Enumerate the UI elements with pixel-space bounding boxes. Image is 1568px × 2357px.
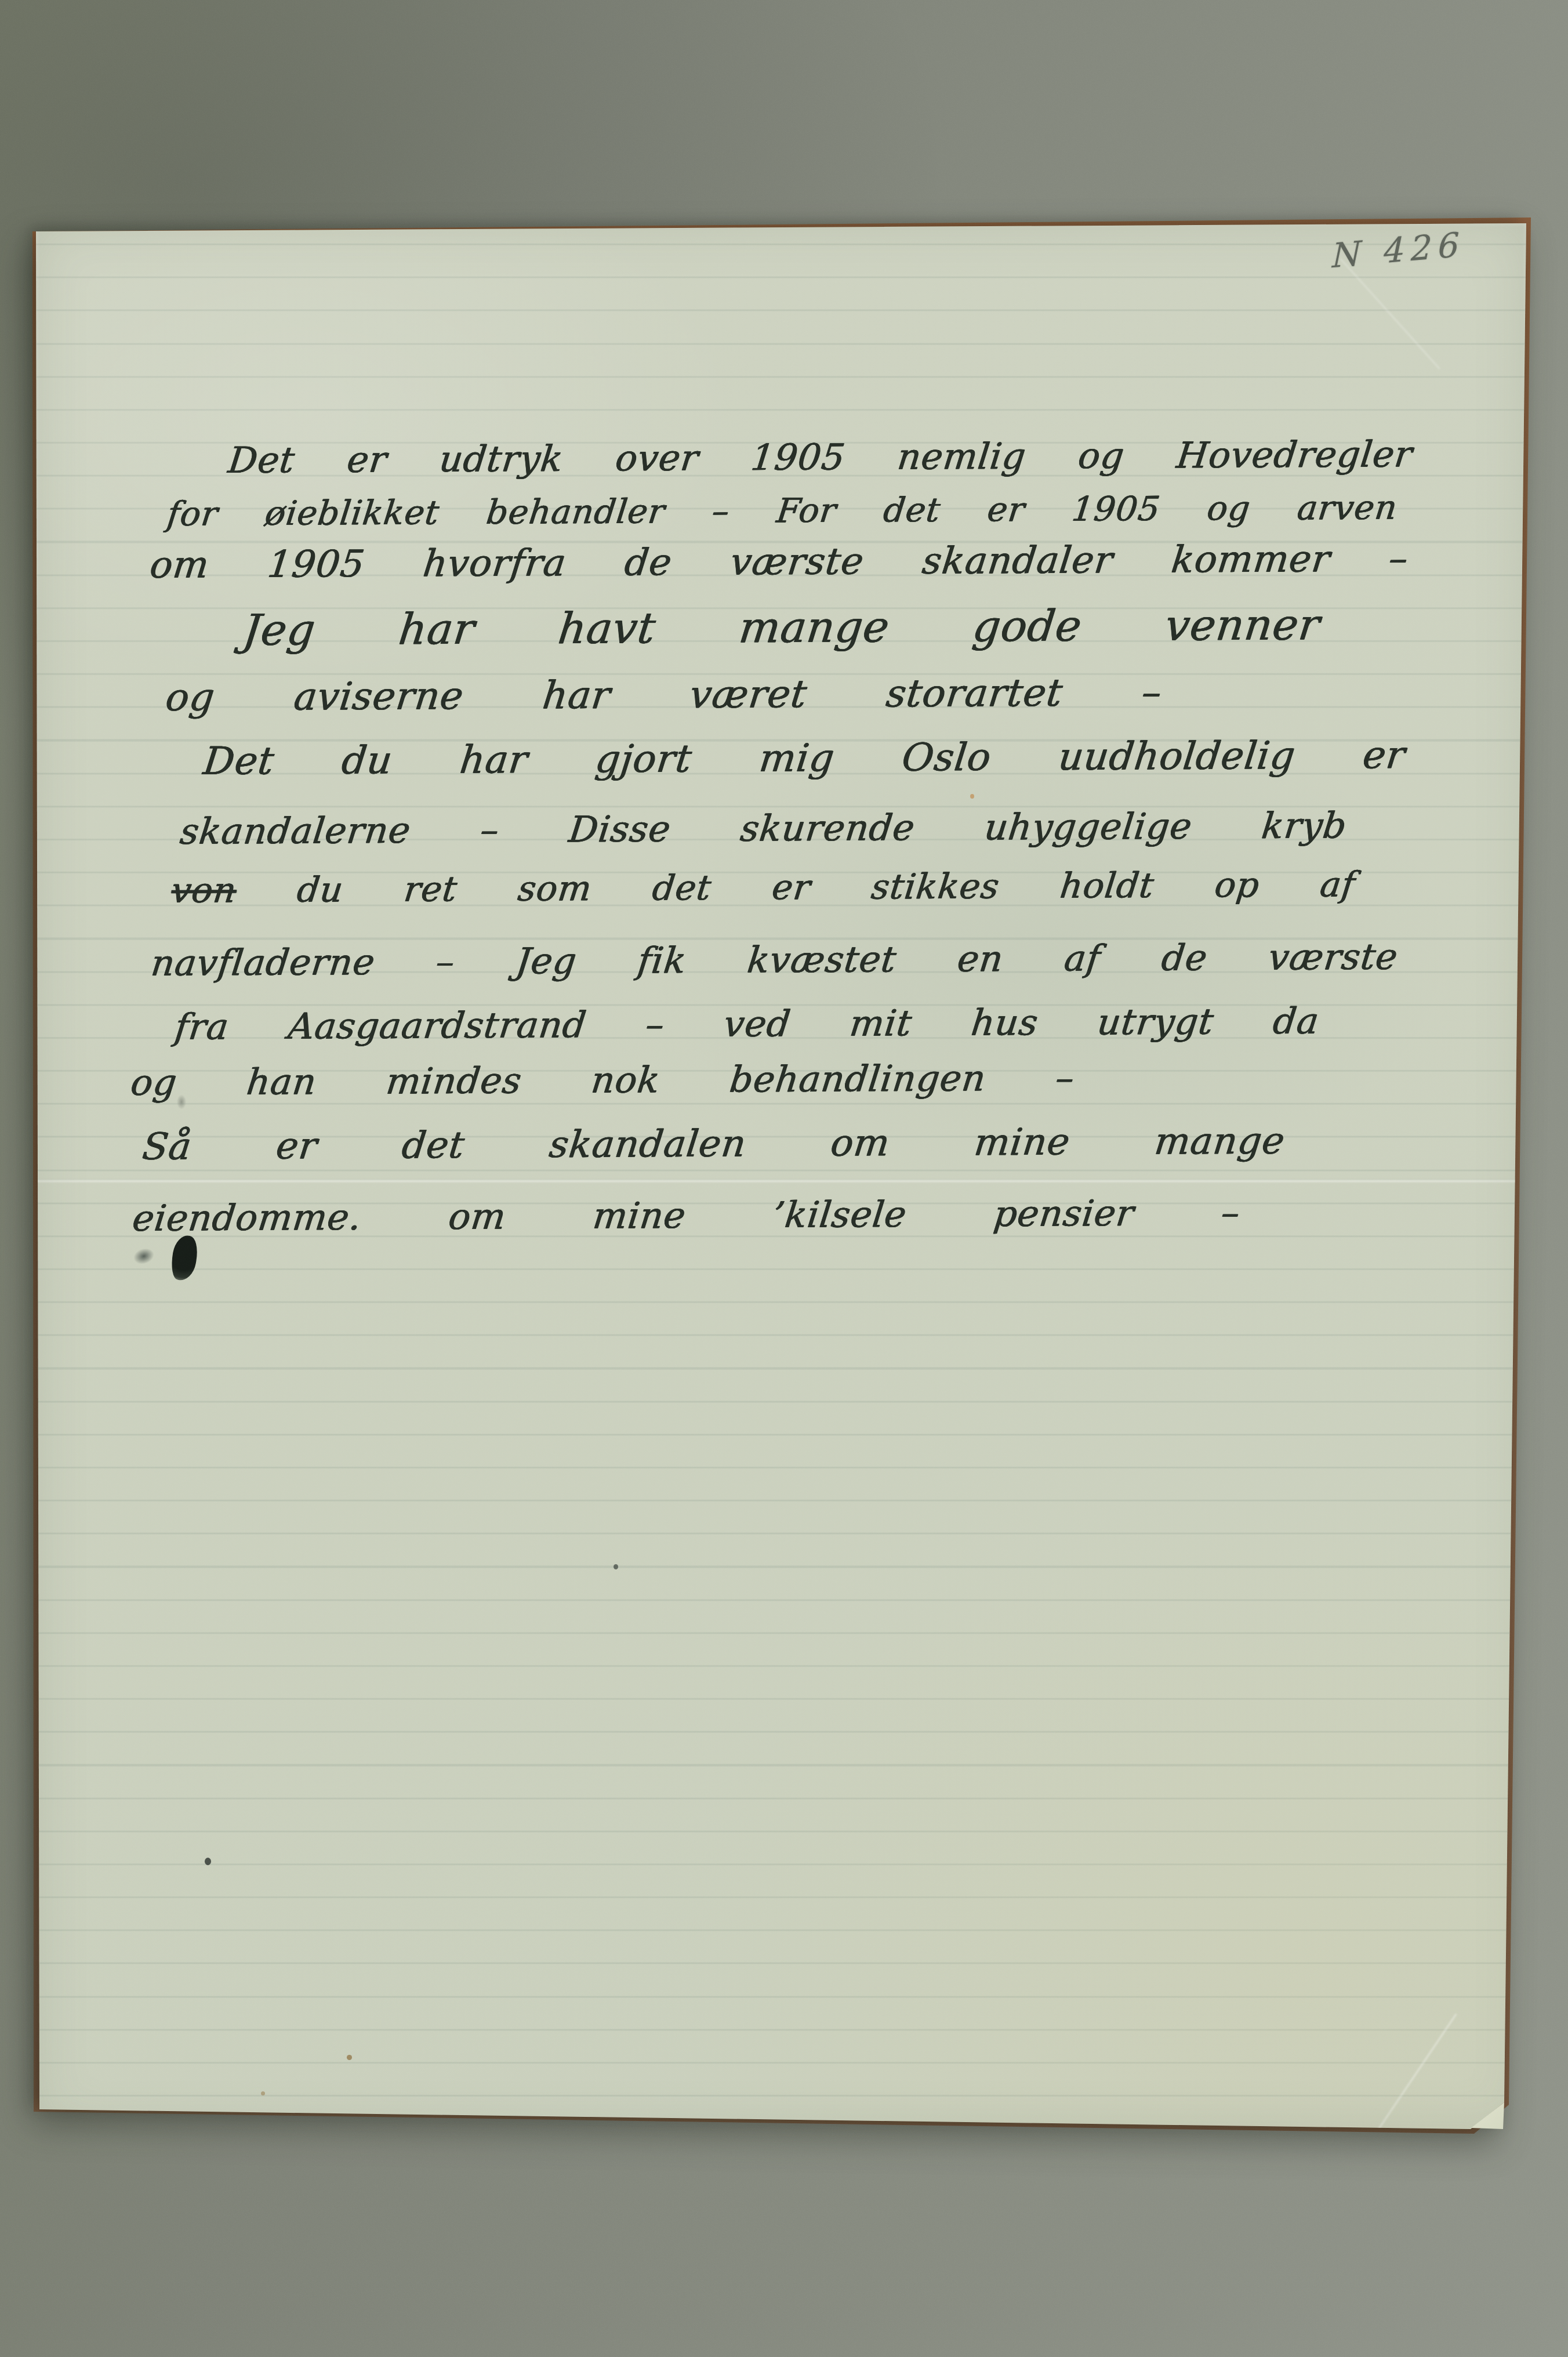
handwriting-line: Så er det skandalen om mine mange xyxy=(140,1121,1287,1168)
horizontal-fold-crease xyxy=(36,1179,1526,1183)
letter-paper: N 426 Det er udtryk over 1905 nemlig og … xyxy=(36,223,1526,2131)
handwriting-line: navfladerne – Jeg fik kvæstet en af de v… xyxy=(149,937,1400,983)
struck-out-word: von xyxy=(169,870,239,911)
handwriting-line: og han mindes nok behandlingen – xyxy=(129,1058,1077,1103)
letter-paper-wrap: N 426 Det er udtryk over 1905 nemlig og … xyxy=(0,0,1568,2357)
handwriting-line: skandalerne – Disse skurende uhyggelige … xyxy=(178,806,1349,851)
handwriting-line: og aviserne har været storartet – xyxy=(164,672,1164,719)
paper-speck xyxy=(205,1858,211,1865)
photo-background: N 426 Det er udtryk over 1905 nemlig og … xyxy=(0,0,1568,2357)
handwriting-line: Jeg har havt mange gode venner xyxy=(241,601,1323,654)
ink-blot xyxy=(169,1234,201,1282)
handwriting-line: fra Aasgaardstrand – ved mit hus utrygt … xyxy=(173,1002,1322,1047)
handwriting-line: Det er udtryk over 1905 nemlig og Hovedr… xyxy=(226,434,1415,480)
handwriting-line: om 1905 hvorfra de værste skandaler komm… xyxy=(148,539,1410,586)
paper-speck xyxy=(347,2055,352,2060)
paper-speck xyxy=(261,2091,265,2095)
corner-crease-bottom-right xyxy=(1378,2014,1457,2130)
handwriting-line: Det du har gjort mig Oslo uudholdelig er xyxy=(201,734,1408,782)
corner-crease-top-right xyxy=(1340,258,1440,369)
paper-speck xyxy=(970,794,974,799)
pencil-smudge xyxy=(175,1092,188,1112)
ink-smudge xyxy=(132,1246,156,1267)
handwriting-line: von du ret som det er stikkes holdt op a… xyxy=(169,865,1358,910)
handwriting-line: eiendomme. om mine ’kilsele pensier – xyxy=(130,1193,1243,1238)
handwriting-line: for øieblikket behandler – For det er 19… xyxy=(165,489,1399,533)
catalog-number: N 426 xyxy=(1332,224,1465,275)
paper-speck xyxy=(614,1564,618,1569)
